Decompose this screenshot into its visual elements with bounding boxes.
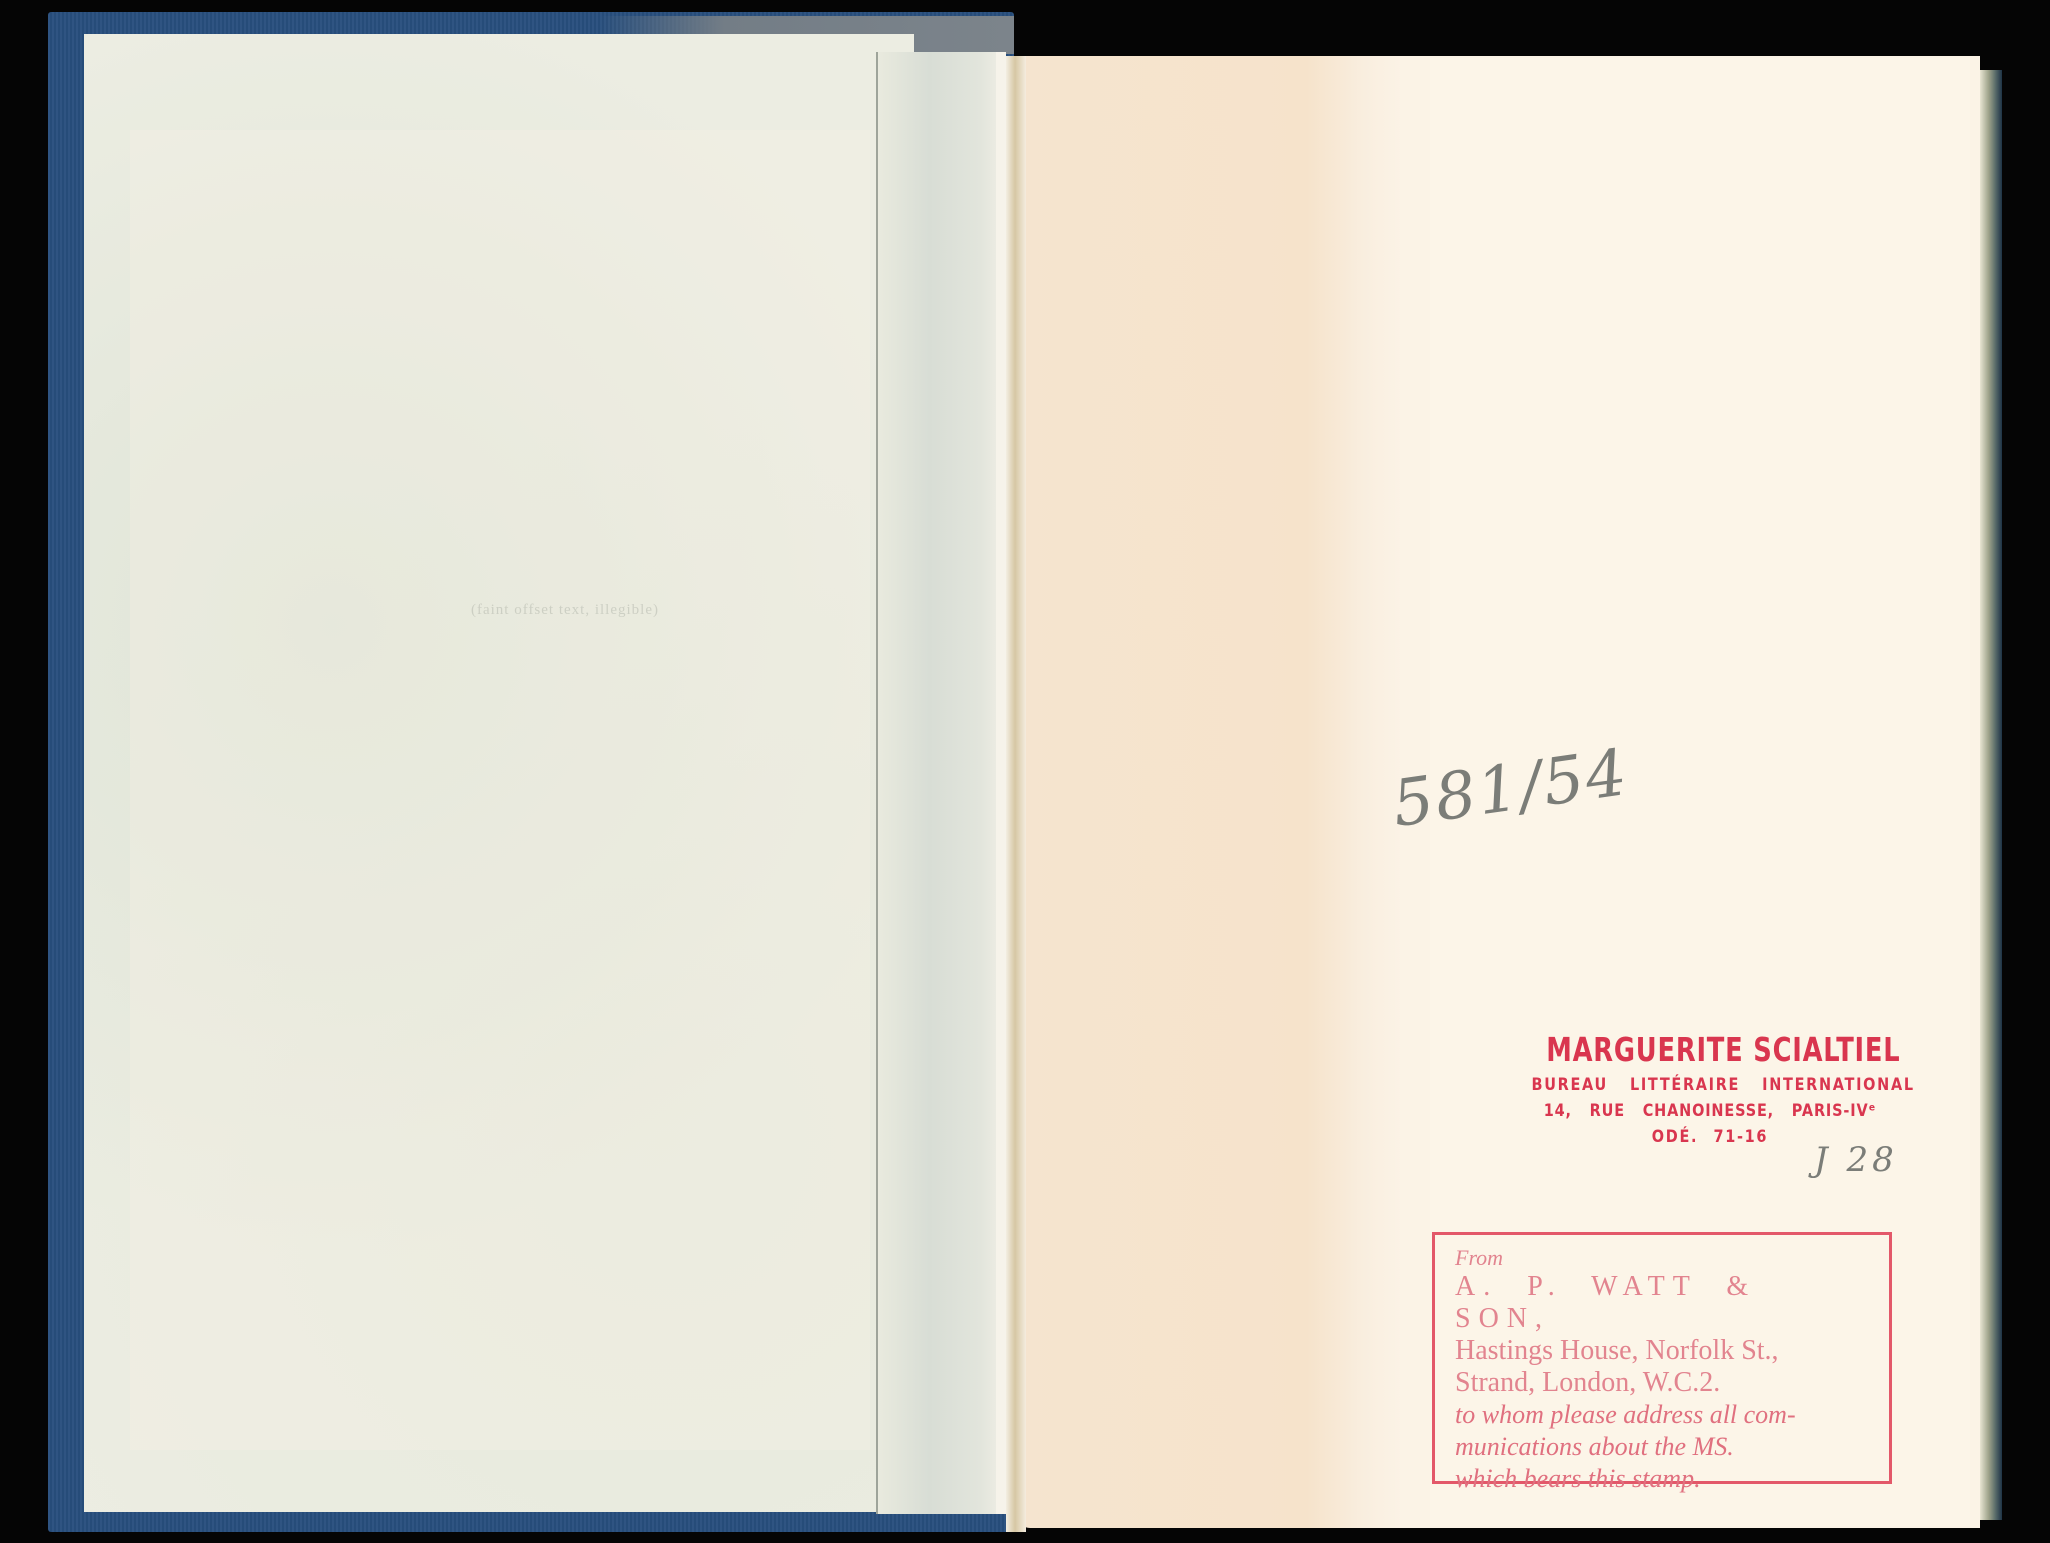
stamp-line: From [1455, 1245, 1869, 1271]
stamp-line: BUREAU LITTÉRAIRE INTERNATIONAL [1532, 1075, 1889, 1095]
stamp-line: to whom please address all com- [1455, 1399, 1869, 1431]
ghost-line: (faint offset text, illegible) [340, 600, 790, 621]
stamp-line: munications about the MS. [1455, 1431, 1869, 1463]
stamp-line: which bears this stamp. [1455, 1463, 1869, 1495]
hinge-strip [876, 52, 1006, 1514]
stamp-line: 14, RUE CHANOINESSE, PARIS-IVᵉ [1532, 1101, 1889, 1121]
stamp-line: A. P. WATT & SON, [1455, 1271, 1869, 1335]
pastedown-inner-area [130, 130, 870, 1450]
agency-stamp-watt: From A. P. WATT & SON, Hastings House, N… [1432, 1232, 1892, 1484]
stamp-line: Hastings House, Norfolk St., [1455, 1335, 1869, 1367]
agency-stamp-scialtiel: MARGUERITE SCIALTIEL BUREAU LITTÉRAIRE I… [1500, 1030, 1920, 1147]
pencil-code: J 28 [1814, 1140, 1898, 1180]
fore-edge-of-pages [1980, 70, 2002, 1520]
offset-ghost-text: (faint offset text, illegible) [340, 600, 790, 621]
hinge-edge [996, 52, 1006, 1514]
stamp-line: Strand, London, W.C.2. [1455, 1367, 1869, 1399]
stamp-line: MARGUERITE SCIALTIEL [1546, 1030, 1874, 1069]
gutter [1006, 56, 1026, 1532]
